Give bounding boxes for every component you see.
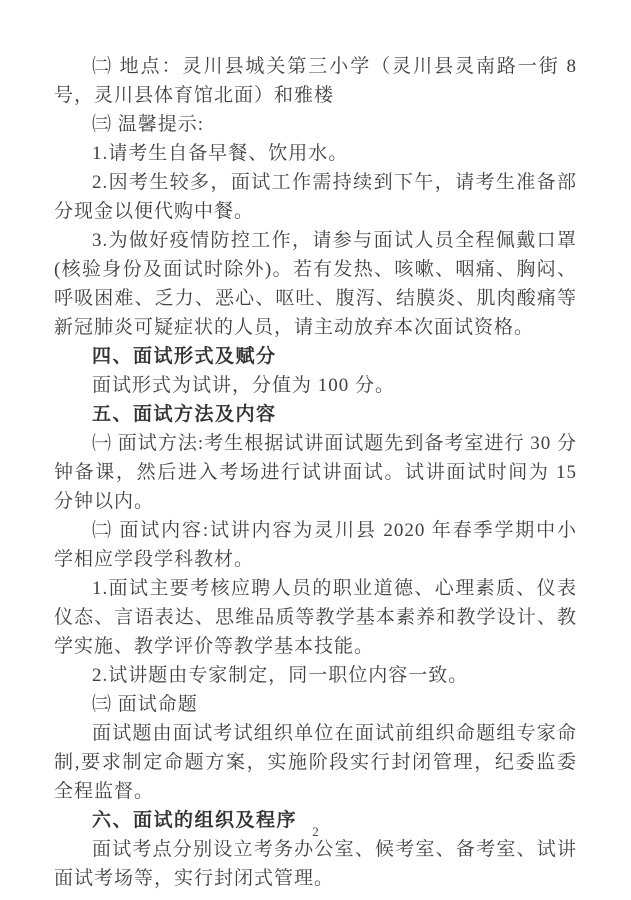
paragraph-question-setting: 2.试讲题由专家制定，同一职位内容一致。: [54, 661, 577, 690]
paragraph-interview-form: 面试形式为试讲，分值为 100 分。: [54, 371, 577, 400]
paragraph-tip-3: 3.为做好疫情防控工作，请参与面试人员全程佩戴口罩(核验身份及面试时除外)。若有…: [54, 226, 577, 342]
document-body: ㈡ 地点：灵川县城关第三小学（灵川县灵南路一街 8 号，灵川县体育馆北面）和雅楼…: [54, 52, 577, 893]
paragraph-content: ㈡ 面试内容:试讲内容为灵川县 2020 年春季学期中小学相应学段学科教材。: [54, 516, 577, 574]
paragraph-organization: 面试考点分别设立考务办公室、候考室、备考室、试讲面试考场等，实行封闭式管理。: [54, 835, 577, 893]
paragraph-assessment: 1.面试主要考核应聘人员的职业道德、心理素质、仪表仪态、言语表达、思维品质等教学…: [54, 574, 577, 661]
section-heading-5: 五、面试方法及内容: [54, 400, 577, 429]
paragraph-tip-2: 2.因考生较多，面试工作需持续到下午，请考生准备部分现金以便代购中餐。: [54, 168, 577, 226]
document-page: ㈡ 地点：灵川县城关第三小学（灵川县灵南路一街 8 号，灵川县体育馆北面）和雅楼…: [0, 0, 631, 900]
paragraph-proposition: 面试题由面试考试组织单位在面试前组织命题组专家命制,要求制定命题方案，实施阶段实…: [54, 719, 577, 806]
paragraph-location: ㈡ 地点：灵川县城关第三小学（灵川县灵南路一街 8 号，灵川县体育馆北面）和雅楼: [54, 52, 577, 110]
paragraph-tip-1: 1.请考生自备早餐、饮用水。: [54, 139, 577, 168]
paragraph-tips-label: ㈢ 温馨提示:: [54, 110, 577, 139]
page-number: 2: [0, 824, 631, 840]
paragraph-proposition-label: ㈢ 面试命题: [54, 690, 577, 719]
section-heading-4: 四、面试形式及赋分: [54, 342, 577, 371]
paragraph-method: ㈠ 面试方法:考生根据试讲面试题先到备考室进行 30 分钟备课，然后进入考场进行…: [54, 429, 577, 516]
